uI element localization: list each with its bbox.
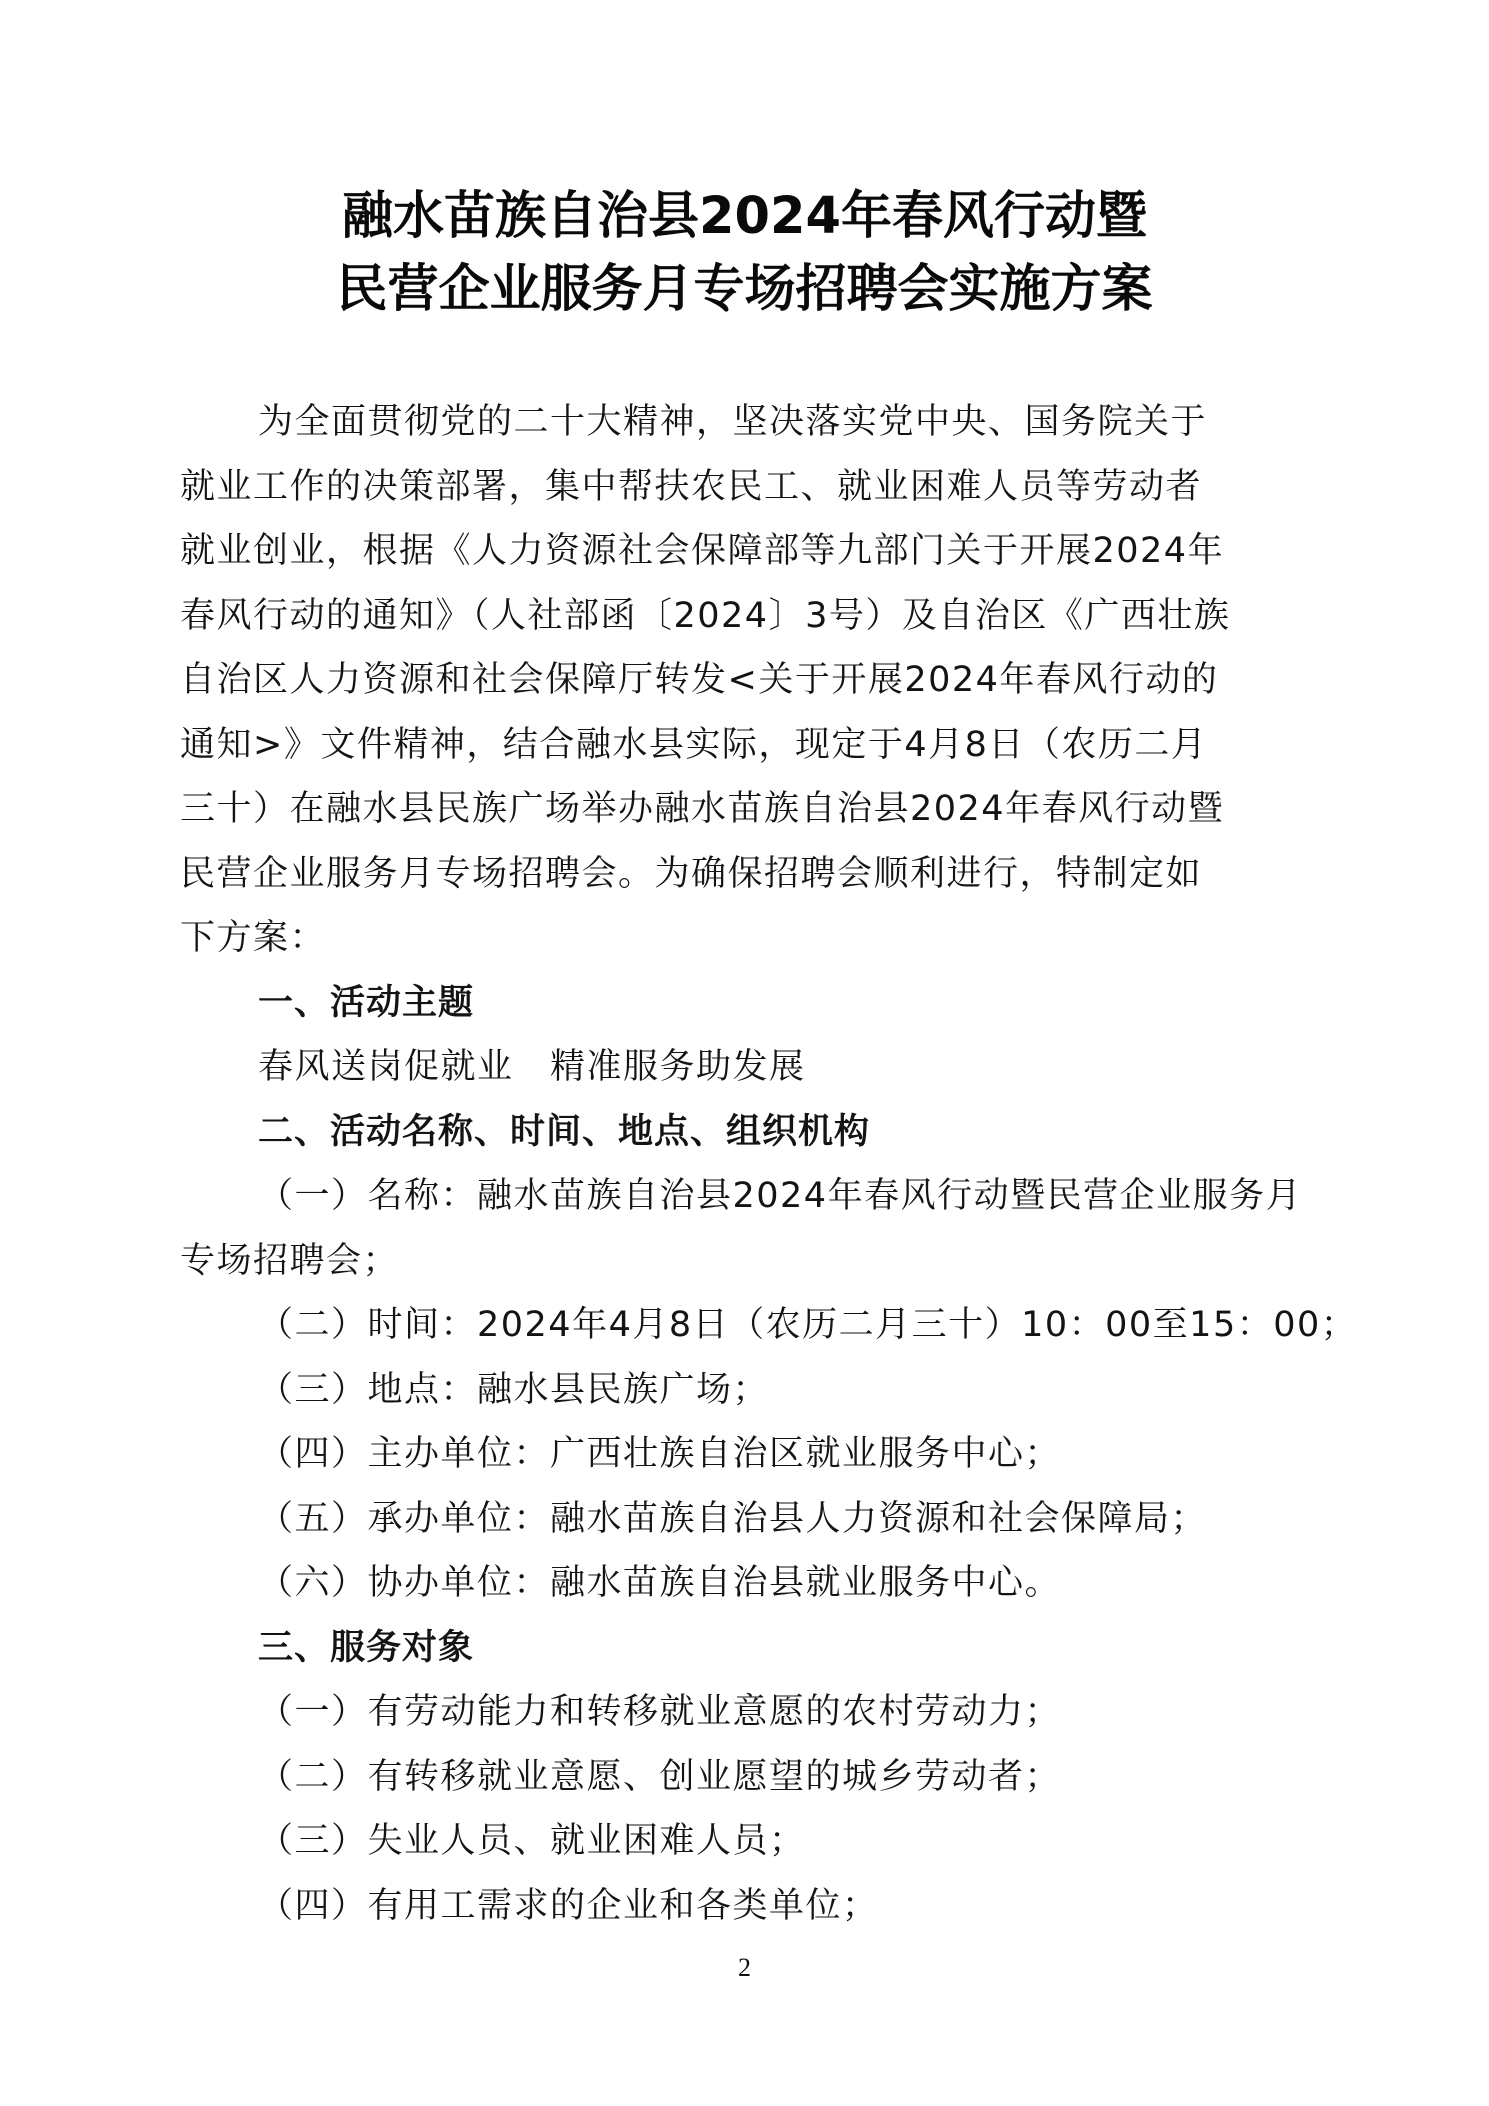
event-location-item: （三）地点：融水县民族广场； (180, 1358, 1320, 1423)
section-heading-theme: 一、活动主题 (180, 971, 1320, 1036)
intro-line: 下方案： (180, 906, 1320, 971)
intro-line: 春风行动的通知》（人社部函〔2024〕3号）及自治区《广西壮族 (180, 584, 1320, 649)
event-co-organizer-item: （六）协办单位：融水苗族自治县就业服务中心。 (180, 1551, 1320, 1616)
intro-line: 就业工作的决策部署，集中帮扶农民工、就业困难人员等劳动者 (180, 455, 1320, 520)
event-time-item: （二）时间：2024年4月8日（农历二月三十）10：00至15：00； (180, 1293, 1320, 1358)
event-organizer-item: （五）承办单位：融水苗族自治县人力资源和社会保障局； (180, 1487, 1320, 1552)
event-host-item: （四）主办单位：广西壮族自治区就业服务中心； (180, 1422, 1320, 1487)
intro-line: 民营企业服务月专场招聘会。为确保招聘会顺利进行，特制定如 (180, 842, 1320, 907)
section-heading-event-info: 二、活动名称、时间、地点、组织机构 (180, 1100, 1320, 1165)
title-line-1: 融水苗族自治县2024年春风行动暨 (0, 180, 1489, 253)
page-number: 2 (0, 1953, 1489, 1983)
service-target-item: （一）有劳动能力和转移就业意愿的农村劳动力； (180, 1680, 1320, 1745)
document-page: 融水苗族自治县2024年春风行动暨 民营企业服务月专场招聘会实施方案 为全面贯彻… (0, 0, 1489, 2106)
title-line-2: 民营企业服务月专场招聘会实施方案 (0, 253, 1489, 326)
section-heading-service-targets: 三、服务对象 (180, 1616, 1320, 1681)
document-body: 为全面贯彻党的二十大精神，坚决落实党中央、国务院关于 就业工作的决策部署，集中帮… (180, 390, 1320, 1938)
service-target-item: （三）失业人员、就业困难人员； (180, 1809, 1320, 1874)
intro-line: 为全面贯彻党的二十大精神，坚决落实党中央、国务院关于 (180, 390, 1320, 455)
event-name-item: （一）名称：融水苗族自治县2024年春风行动暨民营企业服务月专场招聘会； (180, 1164, 1320, 1293)
intro-line: 自治区人力资源和社会保障厅转发<关于开展2024年春风行动的 (180, 648, 1320, 713)
service-target-item: （四）有用工需求的企业和各类单位； (180, 1874, 1320, 1939)
document-title: 融水苗族自治县2024年春风行动暨 民营企业服务月专场招聘会实施方案 (0, 180, 1489, 326)
intro-paragraph: 为全面贯彻党的二十大精神，坚决落实党中央、国务院关于 就业工作的决策部署，集中帮… (180, 390, 1320, 971)
intro-line: 三十）在融水县民族广场举办融水苗族自治县2024年春风行动暨 (180, 777, 1320, 842)
intro-line: 就业创业，根据《人力资源社会保障部等九部门关于开展2024年 (180, 519, 1320, 584)
theme-slogan: 春风送岗促就业 精准服务助发展 (180, 1035, 1320, 1100)
service-target-item: （二）有转移就业意愿、创业愿望的城乡劳动者； (180, 1745, 1320, 1810)
intro-line: 通知>》文件精神，结合融水县实际，现定于4月8日（农历二月 (180, 713, 1320, 778)
